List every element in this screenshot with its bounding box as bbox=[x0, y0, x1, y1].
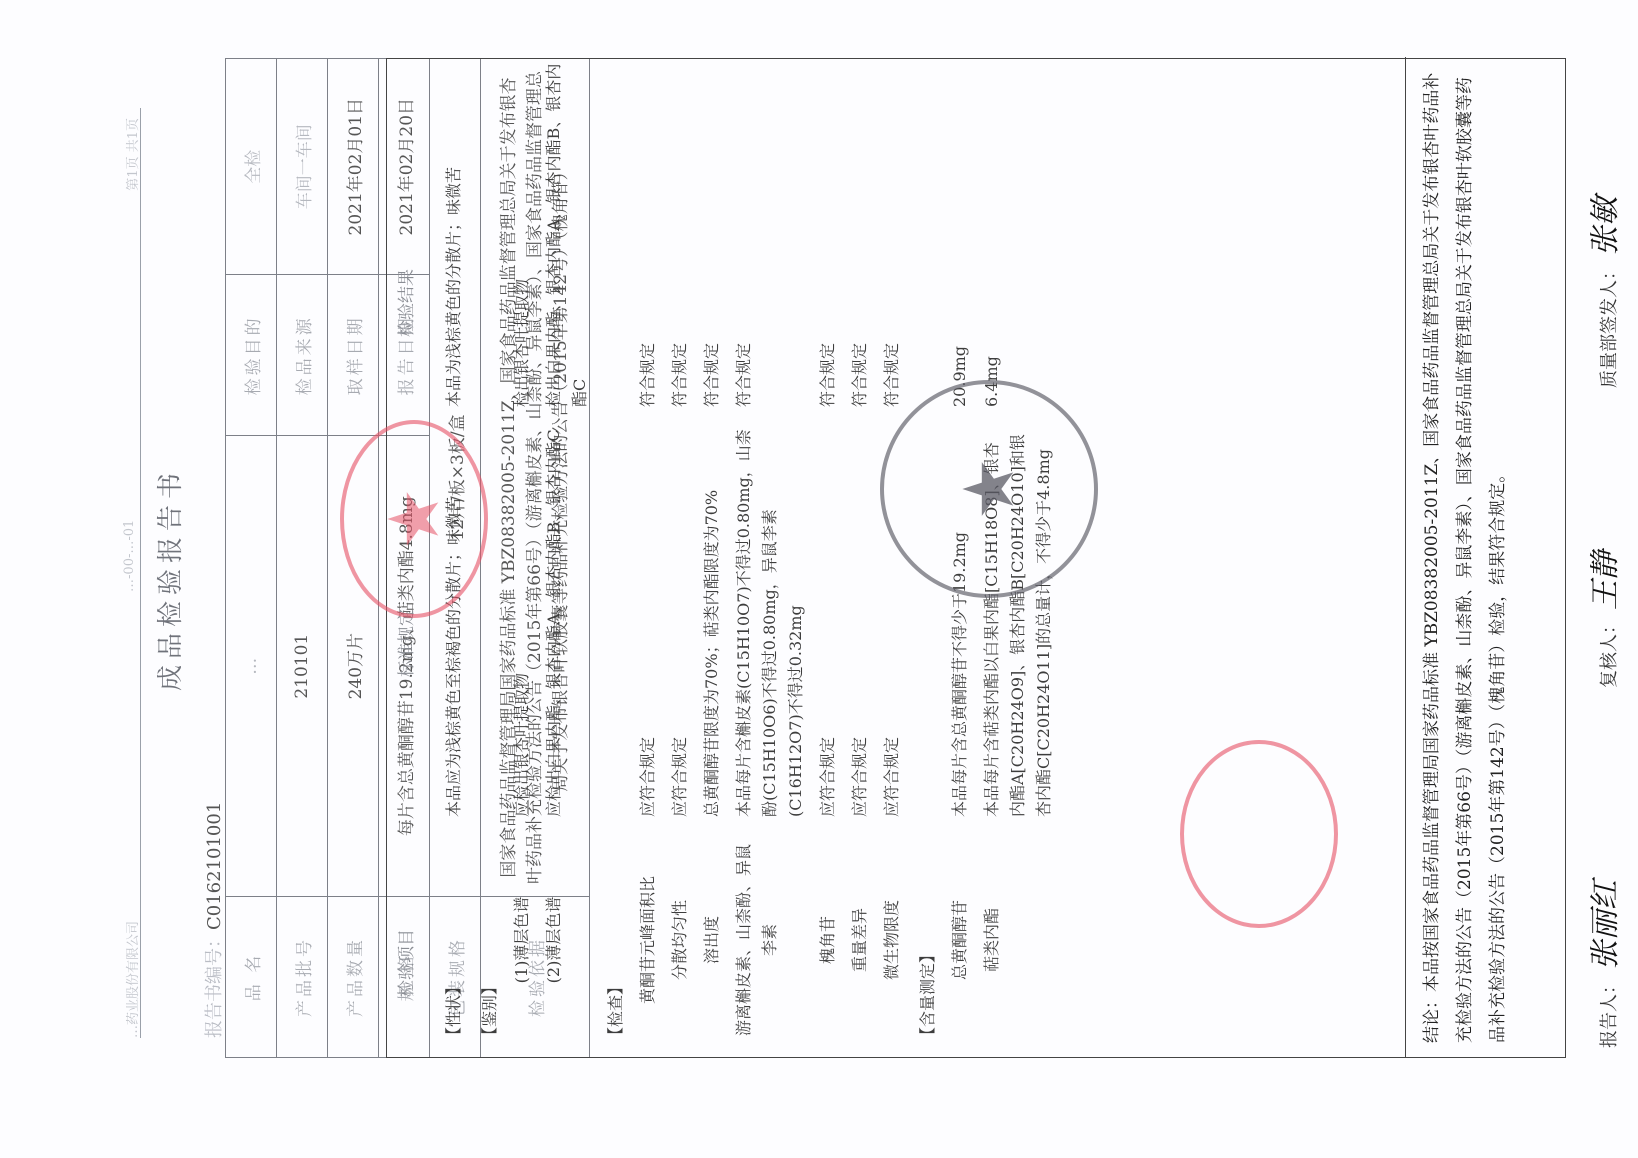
source-value: 车间一车间 bbox=[277, 59, 328, 275]
header-doc-code: …-00-…-01 bbox=[122, 520, 141, 592]
sampling-date-value: 2021年02月01日 bbox=[328, 59, 379, 275]
inspection-report-page: …药业股份有限公司 …-00-…-01 第1页 共1页 成品检验报告书 报告书编… bbox=[0, 0, 1638, 1158]
row-res: 检出银杏叶提取物 bbox=[509, 57, 535, 427]
col-header-item: 检验项目 bbox=[387, 929, 427, 997]
reviewer-signature: 复核人： 王静 bbox=[1580, 550, 1624, 688]
row-item: 溶出度 bbox=[699, 837, 725, 1057]
row-res bbox=[915, 57, 941, 427]
row-std: 本品每片含槲皮素(C15H10O7)不得过0.80mg，山柰酚(C15H10O6… bbox=[731, 427, 809, 837]
row-std: 应符合规定 bbox=[815, 427, 841, 837]
result-row: 槐角苷应符合规定符合规定 bbox=[815, 57, 841, 1057]
result-row: 重量差异应符合规定符合规定 bbox=[847, 57, 873, 1057]
row-item: 【检查】 bbox=[603, 837, 629, 1057]
result-row: 溶出度总黄酮醇苷限度为70%；萜类内酯限度为70%符合规定 bbox=[699, 57, 725, 1057]
page-header: …药业股份有限公司 …-00-…-01 第1页 共1页 bbox=[122, 118, 141, 1038]
conclusion: 结论：本品按国家食品药品监督管理局国家药品标准 YBZ08382005-2011… bbox=[1405, 57, 1525, 1057]
result-row: 黄酮苷元峰面积比应符合规定符合规定 bbox=[635, 57, 661, 1057]
quality-inspection-seal: ★ bbox=[880, 380, 1098, 598]
red-seal-stamp-bottom bbox=[1180, 740, 1338, 928]
row-res: 符合规定 bbox=[847, 57, 873, 427]
result-row: 游离槲皮素、山柰酚、异鼠李素本品每片含槲皮素(C15H10O7)不得过0.80m… bbox=[731, 57, 809, 1057]
result-row: (2)薄层色谱应检出白果内酯、银杏内酯A、银杏内酯B、银杏内酯C检出白果内酯、银… bbox=[541, 57, 593, 1057]
row-item: 重量差异 bbox=[847, 837, 873, 1057]
sampling-date-label: 取样日期 bbox=[328, 275, 379, 436]
report-title: 成品检验报告书 bbox=[150, 0, 187, 1158]
row-item: 总黄酮醇苷 bbox=[947, 837, 973, 1057]
result-row: 【检查】 bbox=[603, 57, 629, 1057]
row-res: 符合规定 bbox=[731, 57, 809, 427]
report-number-label: 报告书编号： bbox=[204, 930, 225, 1038]
row-res: 符合规定 bbox=[635, 57, 661, 427]
col-header-result: 检验结果 bbox=[387, 269, 427, 337]
result-row: 分散均匀性应符合规定符合规定 bbox=[667, 57, 693, 1057]
row-item: (2)薄层色谱 bbox=[541, 837, 593, 1057]
row-item: 微生物限度 bbox=[879, 837, 905, 1057]
header-rule bbox=[140, 108, 141, 1038]
row-std: 应符合规定 bbox=[847, 427, 873, 837]
row-std: 应检出银杏叶提取物 bbox=[509, 427, 535, 837]
approver-handwriting: 张敏 bbox=[1588, 196, 1623, 256]
row-res: 本品为浅棕黄色的分散片；味微苦 bbox=[441, 57, 467, 427]
row-res: 检出白果内酯、银杏内酯A、银杏内酯B、银杏内酯C bbox=[541, 57, 593, 427]
row-item: 槐角苷 bbox=[815, 837, 841, 1057]
row-res: 符合规定 bbox=[815, 57, 841, 427]
product-name-value: … bbox=[226, 436, 277, 897]
batch-value: 210101 bbox=[277, 436, 328, 897]
product-name-label: 品 名 bbox=[226, 897, 277, 1058]
inspect-purpose-value: 全检 bbox=[226, 59, 277, 275]
row-res bbox=[477, 57, 503, 427]
row-res: 符合规定 bbox=[699, 57, 725, 427]
reviewer-handwriting: 王静 bbox=[1588, 550, 1623, 610]
batch-label: 产品批号 bbox=[277, 897, 328, 1058]
star-icon: ★ bbox=[954, 458, 1024, 521]
result-row: (1)薄层色谱应检出银杏叶提取物检出银杏叶提取物 bbox=[509, 57, 535, 1057]
row-item: 萜类内酯 bbox=[979, 837, 1057, 1057]
info-row: 品 名 … 检验目的 全检 bbox=[226, 59, 277, 1058]
row-item: (1)薄层色谱 bbox=[509, 837, 535, 1057]
report-number-value: C0162101001 bbox=[204, 802, 225, 930]
header-company: …药业股份有限公司 bbox=[122, 921, 141, 1038]
quantity-label: 产品数量 bbox=[328, 897, 379, 1058]
row-res: 6.4mg bbox=[979, 57, 1057, 427]
reporter-label: 报告人： bbox=[1599, 976, 1620, 1048]
source-label: 检品来源 bbox=[277, 275, 328, 436]
reviewer-label: 复核人： bbox=[1599, 616, 1620, 688]
approver-signature: 质量部签发人： 张敏 bbox=[1580, 196, 1624, 388]
report-number: 报告书编号：C0162101001 bbox=[200, 802, 226, 1038]
row-item: 游离槲皮素、山柰酚、异鼠李素 bbox=[731, 837, 809, 1057]
row-std: 总黄酮醇苷限度为70%；萜类内酯限度为70% bbox=[699, 427, 725, 837]
row-item: 分散均匀性 bbox=[667, 837, 693, 1057]
star-icon: ★ bbox=[379, 488, 449, 551]
row-item: 黄酮苷元峰面积比 bbox=[635, 837, 661, 1057]
row-item: 【鉴别】 bbox=[477, 837, 503, 1057]
inspect-purpose-label: 检验目的 bbox=[226, 275, 277, 436]
row-res: 符合规定 bbox=[879, 57, 905, 427]
red-seal-stamp-top: ★ bbox=[340, 420, 488, 618]
row-res: 符合规定 bbox=[667, 57, 693, 427]
header-page-count: 第1页 共1页 bbox=[122, 118, 141, 191]
col-header-standard: 标准规定 bbox=[387, 609, 427, 677]
row-std: 应符合规定 bbox=[667, 427, 693, 837]
row-res: 20.9mg bbox=[947, 57, 973, 427]
reporter-handwriting: 张丽红 bbox=[1588, 880, 1623, 970]
row-std bbox=[603, 427, 629, 837]
row-item: 【含量测定】 bbox=[915, 837, 941, 1057]
result-row: 微生物限度应符合规定符合规定 bbox=[879, 57, 905, 1057]
row-res bbox=[603, 57, 629, 427]
info-row: 产品批号 210101 检品来源 车间一车间 bbox=[277, 59, 328, 1058]
row-std: 应检出白果内酯、银杏内酯A、银杏内酯B、银杏内酯C bbox=[541, 427, 593, 837]
row-std: 应符合规定 bbox=[635, 427, 661, 837]
row-item: 【性状】 bbox=[441, 837, 467, 1057]
reporter-signature: 报告人： 张丽红 bbox=[1580, 880, 1624, 1048]
approver-label: 质量部签发人： bbox=[1599, 262, 1620, 388]
